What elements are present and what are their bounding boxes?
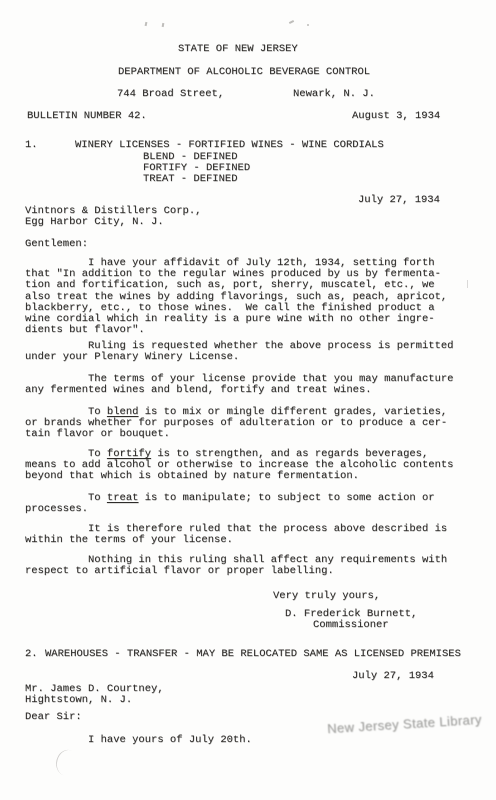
section2-salutation: Dear Sir:	[25, 712, 82, 723]
section1-title: WINERY LICENSES - FORTIFIED WINES - WINE…	[75, 140, 384, 151]
paragraph-blend-definition: To blend is to mix or mingle different g…	[25, 407, 490, 441]
bulletin-number: BULLETIN NUMBER 42.	[27, 111, 147, 122]
paragraph-fortify-definition: To fortify is to strengthen, and as rega…	[25, 449, 490, 483]
section1-number: 1.	[25, 140, 38, 151]
paper-speck	[145, 22, 148, 26]
section2-title: WAREHOUSES - TRANSFER - MAY BE RELOCATED…	[45, 649, 461, 660]
section2-addressee: Mr. James D. Courtney, Hightstown, N. J.	[25, 684, 164, 706]
section1-addressee: Vintnors & Distillers Corp., Egg Harbor …	[25, 206, 201, 228]
paragraph-affidavit: I have your affidavit of July 12th, 1934…	[25, 258, 490, 336]
paragraph-license-terms: The terms of your license provide that y…	[25, 374, 490, 396]
bulletin-date: August 3, 1934	[352, 111, 440, 122]
section1-subtitle-treat: TREAT - DEFINED	[143, 174, 238, 185]
section2-number: 2.	[25, 649, 38, 660]
treat-pre-text: To	[25, 492, 107, 504]
section2-date: July 27, 1934	[352, 671, 434, 682]
section1-date: July 27, 1934	[358, 195, 440, 206]
paragraph-treat-definition: To treat is to manipulate; to subject to…	[25, 493, 490, 515]
paragraph-section2-opening: I have yours of July 20th.	[25, 735, 490, 746]
paper-speck	[307, 24, 309, 26]
paragraph-ruling-request: Ruling is requested whether the above pr…	[25, 341, 490, 363]
state-title: STATE OF NEW JERSEY	[178, 44, 298, 55]
closing-line: Very truly yours,	[273, 591, 380, 602]
paragraph-nothing-affects: Nothing in this ruling shall affect any …	[25, 555, 490, 577]
document-page: STATE OF NEW JERSEY DEPARTMENT OF ALCOHO…	[0, 0, 496, 800]
paper-speck	[289, 20, 294, 24]
section1-salutation: Gentlemen:	[25, 239, 88, 250]
treat-term: treat	[107, 492, 139, 504]
department-title: DEPARTMENT OF ALCOHOLIC BEVERAGE CONTROL	[118, 67, 370, 78]
paragraph-therefore-ruled: It is therefore ruled that the process a…	[25, 524, 490, 546]
paper-speck	[162, 23, 165, 27]
library-stamp: New Jersey State Library	[327, 713, 496, 735]
city-address: Newark, N. J.	[293, 89, 375, 100]
signature-title: Commissioner	[313, 620, 389, 631]
pencil-mark	[52, 746, 84, 779]
street-address: 744 Broad Street,	[117, 89, 224, 100]
